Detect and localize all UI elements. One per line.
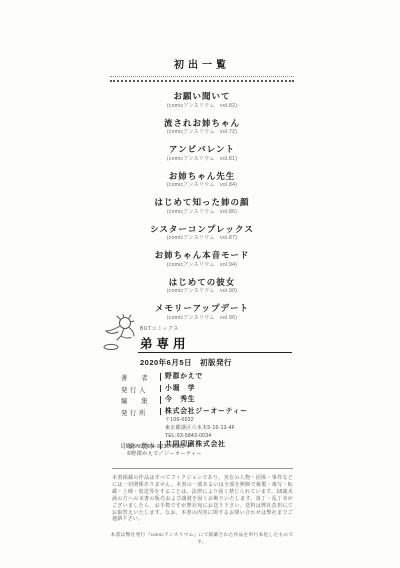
publisher-tel: TEL:03-5843-0034 xyxy=(165,433,248,439)
dotted-divider-thin xyxy=(110,76,294,77)
imprint-label: BUTコミックス xyxy=(140,325,294,332)
work-source: (comicアンスリウム vol.72) xyxy=(110,129,294,135)
credit-divider xyxy=(160,396,161,404)
credit-value: 今 秀生 xyxy=(165,396,195,404)
work-item: はじめての彼女 (comicアンスリウム vol.90) xyxy=(110,277,294,295)
works-list: お願い聞いて (comicアンスリウム vol.82) 流されお姉ちゃん (co… xyxy=(110,91,294,321)
work-title: シスターコンプレックス xyxy=(110,224,294,234)
work-source: (comicアンスリウム vol.87) xyxy=(110,235,294,241)
credit-row-editor: 編 集 今 秀生 xyxy=(121,396,297,405)
work-item: お姉ちゃん先生 (comicアンスリウム vol.84) xyxy=(110,171,294,189)
credit-label: 発 行 所 xyxy=(121,408,158,417)
credit-row-author: 著 者 野郡かえで xyxy=(121,373,297,382)
work-item: 流されお姉ちゃん (comicアンスリウム vol.72) xyxy=(110,118,294,136)
credit-divider xyxy=(160,373,161,381)
work-title: アンビバレント xyxy=(110,144,294,154)
edition-date: 2020年6月5日 初版発行 xyxy=(140,357,232,368)
work-title: お姉ちゃん先生 xyxy=(110,171,294,181)
work-title: お姉ちゃん本音モード xyxy=(110,250,294,260)
work-title: お願い聞いて xyxy=(110,91,294,101)
credits-section: 著 者 野郡かえで 発 行 人 小堀 学 編 集 今 秀生 発 行 所 株式会社… xyxy=(121,373,297,453)
work-source: (comicアンスリウム vol.81) xyxy=(110,156,294,162)
work-title: メモリーアップデート xyxy=(110,303,294,313)
work-title: 流されお姉ちゃん xyxy=(110,118,294,128)
title-underline xyxy=(138,352,292,353)
work-item: お願い聞いて (comicアンスリウム vol.82) xyxy=(110,91,294,109)
work-source: (comicアンスリウム vol.86) xyxy=(110,209,294,215)
credit-divider xyxy=(160,385,161,393)
credit-value: 株式会社ジーオーティー 〒106-0032 東京都港区六本木5-16-13-4F… xyxy=(165,408,248,439)
legal-divider xyxy=(112,468,293,469)
first-publication-heading: 初出一覧 xyxy=(110,56,294,71)
work-source: (comicアンスリウム vol.94) xyxy=(110,262,294,268)
colophon-page: 初出一覧 お願い聞いて (comicアンスリウム vol.82) 流されお姉ちゃ… xyxy=(0,0,400,568)
book-info: BUTコミックス 弟専用 xyxy=(140,325,294,352)
credit-label: 著 者 xyxy=(121,373,158,382)
dotted-divider-thick xyxy=(110,80,294,82)
publisher-name: 株式会社ジーオーティー xyxy=(165,408,248,416)
isbn-block: ISBN978-4-8230-0052-4 ©野郡かえで／ジーオーティー xyxy=(127,444,202,458)
credit-label: 編 集 xyxy=(121,396,158,405)
chibi-character-illustration xyxy=(101,314,143,354)
work-title: はじめて知った姉の顔 xyxy=(110,197,294,207)
credit-value: 野郡かえで xyxy=(165,373,203,381)
legal-text: 本書掲載の作品はすべてフィクションであり、実在の人物・団体・事件などには一切関係… xyxy=(112,475,293,523)
publisher-postal: 〒106-0032 xyxy=(165,417,248,423)
work-source: (comicアンスリウム vol.82) xyxy=(110,103,294,109)
book-title: 弟専用 xyxy=(140,334,294,352)
credit-row-publisher: 発 行 所 株式会社ジーオーティー 〒106-0032 東京都港区六本木5-16… xyxy=(121,408,297,439)
work-item: はじめて知った姉の顔 (comicアンスリウム vol.86) xyxy=(110,197,294,215)
credit-label: 発 行 人 xyxy=(121,385,158,394)
work-source: (comicアンスリウム vol.84) xyxy=(110,182,294,188)
copyright: ©野郡かえで／ジーオーティー xyxy=(127,451,202,458)
first-publication-section: 初出一覧 お願い聞いて (comicアンスリウム vol.82) 流されお姉ちゃ… xyxy=(110,56,294,321)
credit-divider xyxy=(160,408,161,416)
work-title: はじめての彼女 xyxy=(110,277,294,287)
work-item: お姉ちゃん本音モード (comicアンスリウム vol.94) xyxy=(110,250,294,268)
work-source: (comicアンスリウム vol.90) xyxy=(110,288,294,294)
publisher-address: 東京都港区六本木5-16-13-4F xyxy=(165,425,248,431)
work-item: アンビバレント (comicアンスリウム vol.81) xyxy=(110,144,294,162)
isbn: ISBN978-4-8230-0052-4 xyxy=(127,444,202,451)
credit-value: 小堀 学 xyxy=(165,385,195,393)
credit-row-publisher-person: 発 行 人 小堀 学 xyxy=(121,385,297,394)
work-item: シスターコンプレックス (comicアンスリウム vol.87) xyxy=(110,224,294,242)
source-note: 本書は弊社発行『comicアンスリウム』にて掲載された作品を単行本化したものです… xyxy=(110,531,294,545)
